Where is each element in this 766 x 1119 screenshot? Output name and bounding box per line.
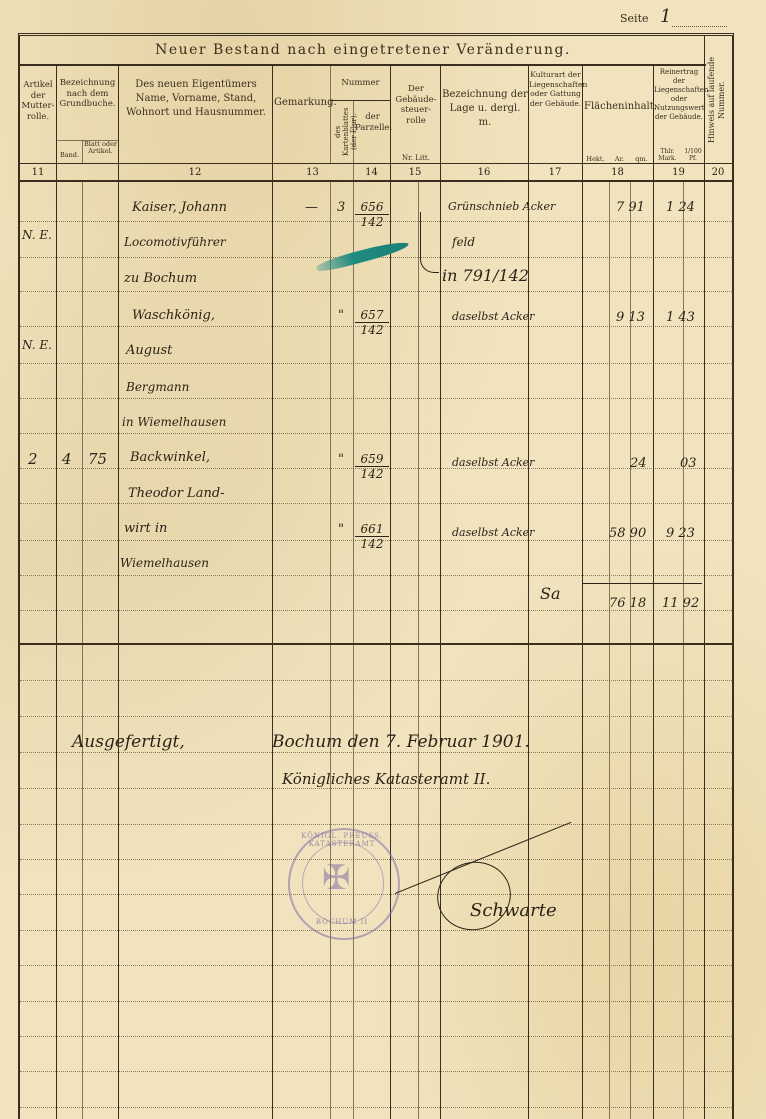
entry3-parcel2-den: 142	[355, 537, 389, 551]
merge-brace	[420, 212, 439, 273]
entry3-owner-line4: Wiemelhausen	[120, 556, 209, 570]
entries-end-line	[18, 643, 734, 645]
entry1-reinertrag: 1 24	[666, 200, 695, 215]
colnum-16: 16	[440, 167, 528, 178]
entry2-parzelle-num: 657	[355, 308, 389, 323]
ruling	[20, 1001, 732, 1002]
header-blatt: Blatt oder Artikel.	[83, 141, 118, 155]
entry2-flaeche: 9 13	[616, 310, 645, 325]
colnum-20: 20	[704, 167, 732, 178]
sum-reinertrag: 11 92	[662, 596, 699, 611]
ruling	[20, 716, 732, 717]
colnum-19: 19	[653, 167, 704, 178]
header-col11: Artikel der Mutter-rolle.	[20, 80, 56, 122]
ruling	[20, 363, 732, 364]
entry2-owner-line1: Waschkönig,	[132, 308, 215, 323]
header-flaeche: Flächeninhalt.	[584, 100, 653, 114]
header-reinertrag: Reinertrag der Liegenschaften oder Nutzu…	[654, 68, 704, 122]
header-parzelle: der Parzelle.	[355, 112, 390, 133]
header-grundbuch: Bezeichnung nach dem Grundbuche.	[57, 78, 118, 110]
eagle-icon: ✠	[322, 858, 351, 898]
col-line	[704, 36, 705, 1119]
entry2-kartenblatt: "	[338, 308, 344, 323]
header-lage: Bezeichnung der Lage u. dergl. m.	[442, 88, 528, 130]
page-label: Seite	[620, 12, 649, 25]
col-line	[56, 64, 57, 1119]
entry1-parzelle: 656 142	[355, 200, 389, 229]
entry1-flaeche: 7 91	[616, 200, 645, 215]
col-line	[82, 180, 83, 1119]
ruling	[20, 965, 732, 966]
entry3-band: 4	[62, 450, 72, 468]
col-line	[528, 64, 529, 1119]
col-line	[272, 64, 273, 1119]
entry3-parcel1-lage: daselbst Acker	[452, 456, 534, 469]
header-pf: 1/100 Pf.	[682, 148, 704, 162]
entry3-parcel2-lage: daselbst Acker	[452, 526, 534, 539]
entry1-parzelle-den: 142	[355, 215, 389, 229]
entry1-article: N. E.	[22, 228, 52, 242]
entry3-owner-line2: Theodor Land-	[128, 486, 225, 501]
header-kulturart: Kulturart der Liegenschaften oder Gattun…	[529, 70, 582, 108]
ruling	[20, 680, 732, 681]
header-hekt: Hekt.	[584, 154, 607, 165]
entry3-parcel2-kartenblatt: "	[338, 522, 344, 537]
col-line	[118, 64, 119, 1119]
entry2-parzelle: 657 142	[355, 308, 389, 337]
ruling	[20, 398, 732, 399]
entry3-parcel1-kartenblatt: "	[338, 452, 344, 467]
entry3-parcel2-parzelle: 661 142	[355, 522, 389, 551]
entry1-owner-line1: Kaiser, Johann	[132, 200, 227, 215]
entry1-dash: —	[305, 200, 318, 215]
colnum-15: 15	[390, 167, 440, 178]
ruling	[20, 1071, 732, 1072]
entry2-owner-line3: Bergmann	[126, 380, 189, 394]
subheader-line	[330, 100, 390, 101]
entry2-reinertrag: 1 43	[666, 310, 695, 325]
entry3-parcel2-flaeche: 58 90	[609, 526, 646, 541]
header-kartenblatt: des Kartenblattes (der Flur).	[334, 103, 350, 161]
col-line	[609, 180, 610, 1119]
header-hinweis: Hinweis auf laufende Nummer.	[707, 40, 729, 160]
page-number-underline	[672, 26, 727, 27]
sum-line	[582, 583, 702, 584]
col-line	[582, 64, 583, 1119]
ruling	[20, 930, 732, 931]
entry3-owner-line1: Backwinkel,	[130, 450, 210, 465]
ruling	[20, 824, 732, 825]
entry2-article: N. E.	[22, 338, 52, 352]
cert-ausgefertigt: Ausgefertigt,	[72, 732, 185, 752]
colnum-18: 18	[582, 167, 653, 178]
header-thlr: Thlr. Mark.	[654, 148, 681, 162]
ruling	[20, 433, 732, 434]
entry2-owner-line2: August	[126, 343, 172, 358]
entry1-kartenblatt: 3	[337, 200, 345, 215]
colnum-12: 12	[118, 167, 272, 178]
ruling	[20, 788, 732, 789]
ruling	[20, 575, 732, 576]
header-qm: qm.	[630, 154, 653, 165]
ruling	[20, 1107, 732, 1108]
sum-flaeche: 76 18	[609, 596, 646, 611]
col-line	[418, 180, 419, 1119]
entry3-parcel1-flaeche: 24	[630, 456, 647, 471]
entry1-parzelle-num: 656	[355, 200, 389, 215]
entry3-parcel1-parzelle: 659 142	[355, 452, 389, 481]
header-band: Band.	[57, 150, 82, 161]
header-ar: Ar.	[609, 154, 630, 165]
header-nummer: Nummer	[331, 78, 390, 89]
entry2-parzelle-den: 142	[355, 323, 389, 337]
form-title: Neuer Bestand nach eingetretener Verände…	[20, 36, 706, 66]
entry1-merged-note: in 791/142	[442, 266, 529, 285]
ruling	[20, 291, 732, 292]
entry3-blatt: 75	[88, 450, 107, 468]
table-frame	[18, 33, 734, 1119]
entry3-parcel2-reinertrag: 9 23	[666, 526, 695, 541]
cert-place-date: Bochum den 7. Februar 1901.	[272, 732, 530, 752]
entry3-parcel1-num: 659	[355, 452, 389, 467]
entry3-parcel1-den: 142	[355, 467, 389, 481]
header-gebaeudesteuer: Der Gebäude-steuer-rolle	[392, 84, 440, 126]
entry3-article: 2	[28, 450, 38, 468]
stamp-text-top: KÖNIGL. PREUSS. KATASTERAMT	[296, 832, 388, 848]
col-line	[390, 64, 391, 1119]
entry3-parcel1-reinertrag: 03	[680, 456, 697, 471]
page-number: 1	[660, 6, 671, 27]
col-line	[653, 64, 654, 1119]
entry2-lage: daselbst Acker	[452, 310, 534, 323]
colnum-13: 13	[272, 167, 353, 178]
col-line	[330, 180, 331, 1119]
ruling	[20, 503, 732, 504]
colnum-17: 17	[528, 167, 582, 178]
cert-office: Königliches Katasteramt II.	[282, 770, 490, 788]
ruling	[20, 752, 732, 753]
entry3-owner-line3: wirt in	[124, 521, 167, 536]
header-owner: Des neuen Eigentümers Name, Vorname, Sta…	[124, 78, 268, 120]
colnum-14: 14	[353, 167, 390, 178]
entry1-lage-line1: Grünschnieb Acker	[448, 200, 555, 213]
header-gemarkung: Gemarkung.	[274, 96, 330, 110]
colnum-11: 11	[20, 167, 56, 178]
col-line	[440, 64, 441, 1119]
number-row-divider	[20, 180, 732, 182]
entry1-lage-line2: feld	[452, 235, 475, 249]
stamp-text-bottom: BOCHUM II	[296, 918, 388, 926]
ruling	[20, 1036, 732, 1037]
entry2-owner-line4: in Wiemelhausen	[122, 415, 226, 429]
signature: Schwarte	[470, 900, 557, 921]
sum-label: Sa	[540, 584, 561, 603]
header-nr-litt: Nr. Litt.	[392, 153, 440, 164]
entry3-parcel2-num: 661	[355, 522, 389, 537]
entry1-owner-line2: Locomotivführer	[124, 235, 226, 249]
entry1-owner-line3: zu Bochum	[124, 271, 197, 286]
